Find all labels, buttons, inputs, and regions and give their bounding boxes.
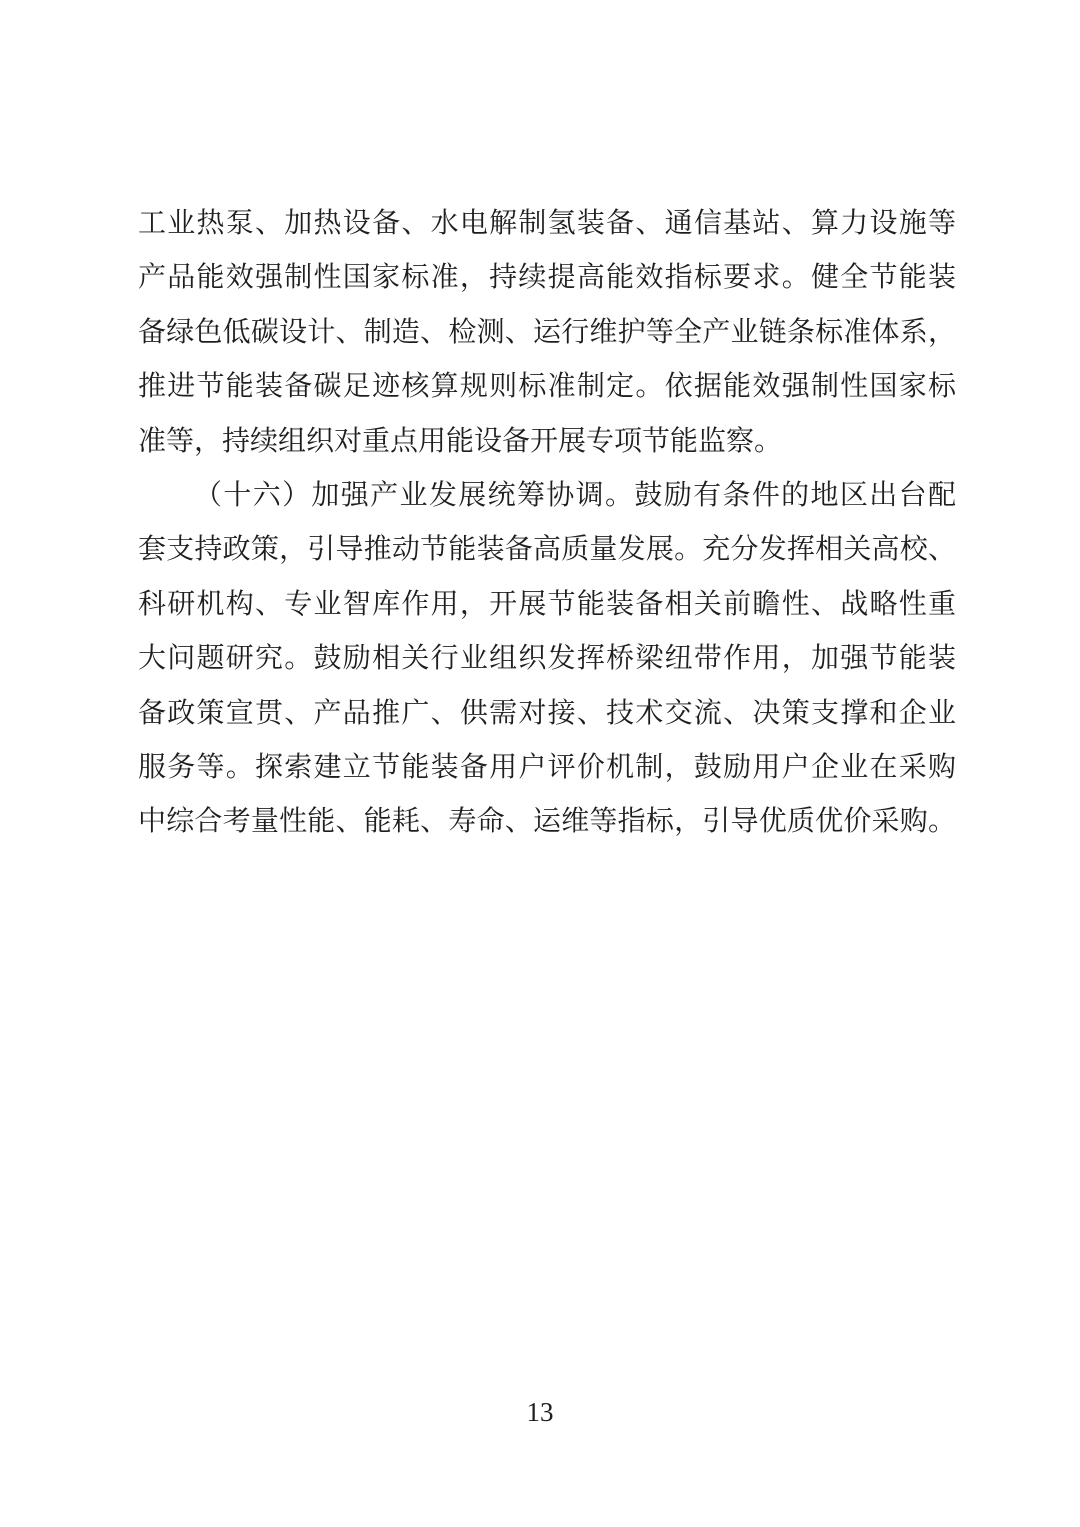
- paragraph2-line-3: 科研机构、专业智库作用，开展节能装备相关前瞻性、战略性重: [138, 578, 956, 632]
- page-number: 13: [527, 1397, 554, 1427]
- body-text: 工业热泵、加热设备、水电解制氢装备、通信基站、算力设施等 产品能效强制性国家标准…: [138, 197, 956, 850]
- paragraph2-line-7: 中综合考量性能、能耗、寿命、运维等指标，引导优质优价采购。: [138, 795, 956, 849]
- paragraph1-line-2: 产品能效强制性国家标准，持续提高能效指标要求。健全节能装: [138, 251, 956, 305]
- paragraph2-line-4: 大问题研究。鼓励相关行业组织发挥桥梁纽带作用，加强节能装: [138, 632, 956, 686]
- paragraph1-line-5: 准等，持续组织对重点用能设备开展专项节能监察。: [138, 415, 956, 469]
- section-16-first-line-rest: 鼓励有条件的地区出台配: [634, 480, 956, 511]
- paragraph2-line-5: 备政策宣贯、产品推广、供需对接、技术交流、决策支撑和企业: [138, 687, 956, 741]
- section-16-first-line: （十六）加强产业发展统筹协调。鼓励有条件的地区出台配: [138, 469, 956, 523]
- paragraph1-line-4: 推进节能装备碳足迹核算规则标准制定。依据能效强制性国家标: [138, 360, 956, 414]
- paragraph1-line-3: 备绿色低碳设计、制造、检测、运行维护等全产业链条标准体系，: [138, 306, 956, 360]
- section-16-heading: （十六）加强产业发展统筹协调。: [194, 480, 634, 511]
- paragraph1-line-1: 工业热泵、加热设备、水电解制氢装备、通信基站、算力设施等: [138, 197, 956, 251]
- page-footer: 13: [0, 1396, 1080, 1428]
- document-page: 工业热泵、加热设备、水电解制氢装备、通信基站、算力设施等 产品能效强制性国家标准…: [0, 0, 1080, 1527]
- paragraph2-line-6: 服务等。探索建立节能装备用户评价机制，鼓励用户企业在采购: [138, 741, 956, 795]
- paragraph2-line-2: 套支持政策，引导推动节能装备高质量发展。充分发挥相关高校、: [138, 523, 956, 577]
